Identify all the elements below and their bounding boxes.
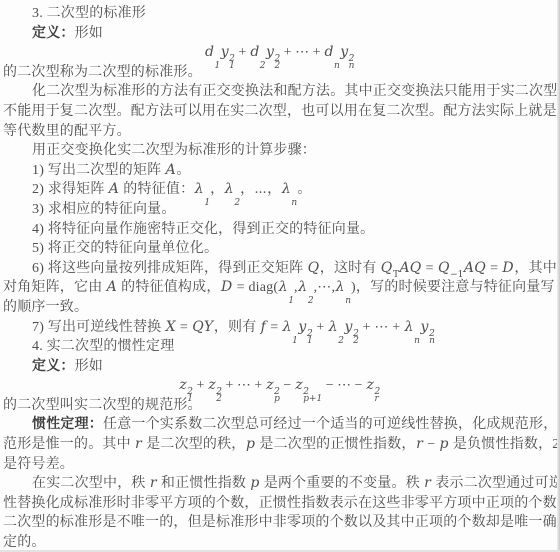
math-variable: λ xyxy=(328,319,338,335)
math-variable: y xyxy=(340,44,349,60)
math-term: y22 xyxy=(266,45,281,60)
math-variable: QY xyxy=(192,319,214,335)
sub-sup-stack: 2 xyxy=(260,56,266,70)
math-term: z2p xyxy=(266,378,280,393)
math-term: d 2 xyxy=(250,45,266,60)
text-line: 用正交变换化实二次型为标准形的计算步骤： xyxy=(3,141,556,161)
math-variable: λ xyxy=(224,181,234,197)
math-variable: d xyxy=(324,44,334,60)
math-variable: A xyxy=(106,279,117,295)
text-run: − xyxy=(280,378,295,393)
math-term: λ 2 xyxy=(328,320,344,335)
subscript: n xyxy=(345,298,351,305)
text-line: 二次型的标准形是不唯一的，但是标准形中非零项的个数以及其中正项的个数却是唯一确 xyxy=(3,513,556,533)
text-run: 的二次型叫实二次型的规范形。 xyxy=(3,398,202,413)
math-variable: λ xyxy=(194,181,204,197)
math-term: y22 xyxy=(344,320,359,335)
subscript: n xyxy=(429,338,435,345)
math-variable: y xyxy=(298,319,307,335)
text-run: + xyxy=(193,378,208,393)
math-variable: λ xyxy=(298,279,308,295)
text-run: ，其中 xyxy=(514,261,560,276)
text-run: 的二次型称为二次型的标准形。 xyxy=(3,65,202,80)
text-line: 4. 实二次型的惯性定理 xyxy=(3,337,556,357)
text-run: + ⋯ + xyxy=(280,45,324,60)
subscript: 2 xyxy=(234,200,240,207)
text-run: ，⋯， xyxy=(240,182,281,197)
math-variable: Q xyxy=(380,260,393,276)
sub-sup-stack: 1 xyxy=(292,331,298,345)
text-run: 的顺序一致。 xyxy=(3,300,88,315)
text-line: 在实二次型中，秩 r 和正惯性指数 p 是两个重要的不变量。秩 r 表示二次型通… xyxy=(3,474,556,494)
math-term: λ 2 xyxy=(298,280,314,295)
subscript: n xyxy=(334,63,340,70)
text-run: 是两个重要的不变量。秩 xyxy=(260,476,424,491)
math-formula-line: z21 + z22 + ⋯ + z2p − z2p+1 − ⋯ − z2r xyxy=(3,376,556,396)
text-line: 3. 二次型的标准形 xyxy=(3,4,556,24)
text-run: + xyxy=(313,320,329,335)
text-line: 不能用于复二次型。配方法可以用在实二次型，也可以用在复二次型。配方法实际上就是初 xyxy=(3,102,556,122)
subscript: n xyxy=(349,63,355,70)
bold-label: 定义： xyxy=(32,359,75,374)
text-run: = xyxy=(422,261,438,276)
text-line: 4) 将特征向量作施密特正交化，得到正交的特征向量。 xyxy=(3,220,556,240)
text-run: 范形是惟一的。其中 xyxy=(3,437,135,452)
math-variable: λ xyxy=(278,279,288,295)
text-run: 。 xyxy=(297,182,311,197)
math-variable: p xyxy=(250,475,260,491)
math-formula-line: d 1y21 + d 2y22 + ⋯ + d ny2n xyxy=(3,43,556,63)
text-run: 的特征值构成， xyxy=(117,280,220,295)
math-term: z2p+1 xyxy=(295,378,322,393)
text-run: 是二次型的秩， xyxy=(142,437,245,452)
math-variable: r xyxy=(424,475,432,491)
subscript: 2 xyxy=(274,63,280,70)
subscript: p+1 xyxy=(303,396,322,403)
text-run: 定的。 xyxy=(3,535,46,550)
text-run: )，写的时候要注意与特征向量写 xyxy=(351,280,555,295)
math-variable: AQ xyxy=(463,260,486,276)
text-run: 。 xyxy=(176,163,190,178)
subscript: 1 xyxy=(204,200,210,207)
text-run: 的特征值： xyxy=(120,182,195,197)
math-variable: D xyxy=(221,279,233,295)
math-term: z22 xyxy=(208,378,222,393)
math-variable: Q xyxy=(307,260,320,276)
document-page: 3. 二次型的标准形定义：形如d 1y21 + d 2y22 + ⋯ + d n… xyxy=(0,0,560,552)
text-run: 在实二次型中，秩 xyxy=(32,476,149,491)
subscript: 1 xyxy=(307,338,313,345)
math-term: y21 xyxy=(220,45,235,60)
subscript: 2 xyxy=(338,338,344,345)
text-run: ,⋯, xyxy=(314,280,336,295)
subscript: 1 xyxy=(292,338,298,345)
math-term: −1 xyxy=(450,261,463,276)
math-term: λ 1 xyxy=(194,182,210,197)
text-line: 惯性定理：任意一个实系数二次型总可经过一个适当的可逆线性替换，化成规范形，规 xyxy=(3,415,556,435)
text-line: 3) 求相应的特征向量。 xyxy=(3,200,556,220)
math-variable: X xyxy=(165,319,176,335)
text-run: 4) 将特征向量作施密特正交化，得到正交的特征向量。 xyxy=(32,222,374,237)
subscript: 2 xyxy=(353,338,359,345)
text-run: 1) 写出二次型的矩阵 xyxy=(32,163,165,178)
math-term: d 1 xyxy=(205,45,221,60)
text-run: ， xyxy=(210,182,224,197)
subscript: 1 xyxy=(288,298,294,305)
sub-sup-stack: 2r xyxy=(374,389,380,403)
text-run: = xyxy=(176,320,192,335)
text-run: ，则有 xyxy=(214,320,260,335)
text-run: = xyxy=(267,320,283,335)
math-term: λ n xyxy=(335,280,351,295)
text-run: 是负惯性指数，2 xyxy=(449,437,559,452)
text-line: 等代数里的配平方。 xyxy=(3,122,556,142)
math-term: z21 xyxy=(179,378,193,393)
text-run: + xyxy=(235,45,250,60)
math-variable: z xyxy=(266,377,274,393)
text-run: 2) 求得矩阵 xyxy=(32,182,108,197)
math-variable: d xyxy=(250,44,260,60)
text-run: 二次型的标准形是不唯一的，但是标准形中非零项的个数以及其中正项的个数却是唯一确 xyxy=(3,515,557,530)
text-line: 化二次型为标准形的方法有正交变换法和配方法。其中正交变换法只能用于实二次型， xyxy=(3,82,556,102)
text-run: = xyxy=(486,261,502,276)
math-variable: AQ xyxy=(399,260,422,276)
math-term: z2r xyxy=(366,378,380,393)
subscript: 2 xyxy=(308,298,314,305)
math-variable: d xyxy=(205,44,215,60)
text-run: 是二次型的正惯性指数， xyxy=(256,437,416,452)
subscript: r xyxy=(374,396,378,403)
text-run: 形如 xyxy=(75,359,103,374)
text-run: 不能用于复二次型。配方法可以用在实二次型，也可以用在复二次型。配方法实际上就是初 xyxy=(3,104,560,119)
text-line: 定义：形如 xyxy=(3,24,556,44)
math-variable: z xyxy=(179,377,187,393)
text-run: 7) 写出可逆线性替换 xyxy=(32,320,165,335)
math-variable: z xyxy=(208,377,216,393)
text-run: 3) 求相应的特征向量。 xyxy=(32,202,176,217)
text-line: 2) 求得矩阵 A 的特征值：λ 1，λ 2，⋯，λ n。 xyxy=(3,180,556,200)
sub-sup-stack: n xyxy=(334,56,340,70)
text-line: 定义：形如 xyxy=(3,357,556,377)
text-line: 5) 将正交的特征向量单位化。 xyxy=(3,239,556,259)
text-run: = diag( xyxy=(233,280,278,295)
math-variable: A xyxy=(165,162,176,178)
math-variable: y xyxy=(344,319,353,335)
text-run: 4. 实二次型的惯性定理 xyxy=(32,339,174,354)
page-content: 3. 二次型的标准形定义：形如d 1y21 + d 2y22 + ⋯ + d n… xyxy=(3,4,556,552)
text-run: + ⋯ + xyxy=(222,378,266,393)
text-run: 性替换化成标准形时非零平方项的个数，正惯性指数表示在这些非零平方项中正项的个数。 xyxy=(3,496,560,511)
math-variable: r xyxy=(416,436,424,452)
text-run: 和正惯性指数 xyxy=(157,476,250,491)
subscript: 2 xyxy=(216,396,222,403)
sub-sup-stack: 2n xyxy=(429,331,435,345)
bold-label: 惯性定理： xyxy=(32,417,103,432)
math-variable: y xyxy=(420,319,429,335)
text-line: 范形是惟一的。其中 r 是二次型的秩，p 是二次型的正惯性指数，r − p 是负… xyxy=(3,435,556,455)
math-term: λ 2 xyxy=(224,182,240,197)
subscript: p xyxy=(274,396,280,403)
subscript: n xyxy=(291,200,297,207)
math-term: d n xyxy=(324,45,340,60)
math-variable: λ xyxy=(335,279,345,295)
text-run: 任意一个实系数二次型总可经过一个适当的可逆线性替换，化成规范形，规 xyxy=(103,417,560,432)
math-variable: λ xyxy=(282,319,292,335)
math-term: y21 xyxy=(298,320,313,335)
text-line: 对角矩阵，它由 A 的特征值构成，D = diag(λ 1,λ 2,⋯,λ n)… xyxy=(3,278,556,298)
text-run: 6) 将这些向量按列排成矩阵，得到正交矩阵 xyxy=(32,261,307,276)
text-line: 性替换化成标准形时非零平方项的个数，正惯性指数表示在这些非零平方项中正项的个数。 xyxy=(3,494,556,514)
math-term: λ 1 xyxy=(278,280,294,295)
math-term: λ 1 xyxy=(282,320,298,335)
text-line: 是符号差。 xyxy=(3,455,556,475)
math-variable: D xyxy=(502,260,514,276)
text-run: 5) 将正交的特征向量单位化。 xyxy=(32,241,218,256)
math-variable: p xyxy=(246,436,256,452)
math-variable: y xyxy=(220,44,229,60)
math-variable: p xyxy=(439,436,449,452)
text-line: 6) 将这些向量按列排成矩阵，得到正交矩阵 Q，这时有 QT AQ = Q−1 … xyxy=(3,259,556,279)
text-run: 表示二次型通过可逆线 xyxy=(432,476,560,491)
math-variable: λ xyxy=(404,319,414,335)
subscript: 1 xyxy=(215,63,221,70)
text-run: 3. 二次型的标准形 xyxy=(32,6,146,21)
bold-label: 定义： xyxy=(32,26,75,41)
math-variable: Q xyxy=(437,260,450,276)
subscript: 2 xyxy=(260,63,266,70)
sub-sup-stack: 2n xyxy=(349,56,355,70)
text-run: 用正交变换化实二次型为标准形的计算步骤： xyxy=(32,143,316,158)
text-line: 的顺序一致。 xyxy=(3,298,556,318)
text-run: 化二次型为标准形的方法有正交变换法和配方法。其中正交变换法只能用于实二次型， xyxy=(32,84,560,99)
text-run: + ⋯ + xyxy=(359,320,404,335)
math-variable: A xyxy=(108,181,119,197)
text-line: 7) 写出可逆线性替换 X = QY，则有 f = λ 1y21 + λ 2y2… xyxy=(3,318,556,338)
subscript: 1 xyxy=(229,63,235,70)
text-run: 等代数里的配平方。 xyxy=(3,124,131,139)
text-line: 1) 写出二次型的矩阵 A。 xyxy=(3,161,556,181)
subscript: n xyxy=(414,338,420,345)
math-term: λ n xyxy=(404,320,420,335)
math-variable: z xyxy=(295,377,303,393)
text-run: 是符号差。 xyxy=(3,457,74,472)
text-run: ，这时有 xyxy=(320,261,381,276)
math-term: y2n xyxy=(340,45,355,60)
text-run: − ⋯ − xyxy=(322,378,366,393)
text-run: − xyxy=(424,437,440,452)
sub-sup-stack: 2p+1 xyxy=(303,389,322,403)
math-term: λ n xyxy=(281,182,297,197)
math-term: y2n xyxy=(420,320,435,335)
text-run: 对角矩阵，它由 xyxy=(3,280,106,295)
math-variable: λ xyxy=(281,181,291,197)
text-run: 形如 xyxy=(75,26,103,41)
